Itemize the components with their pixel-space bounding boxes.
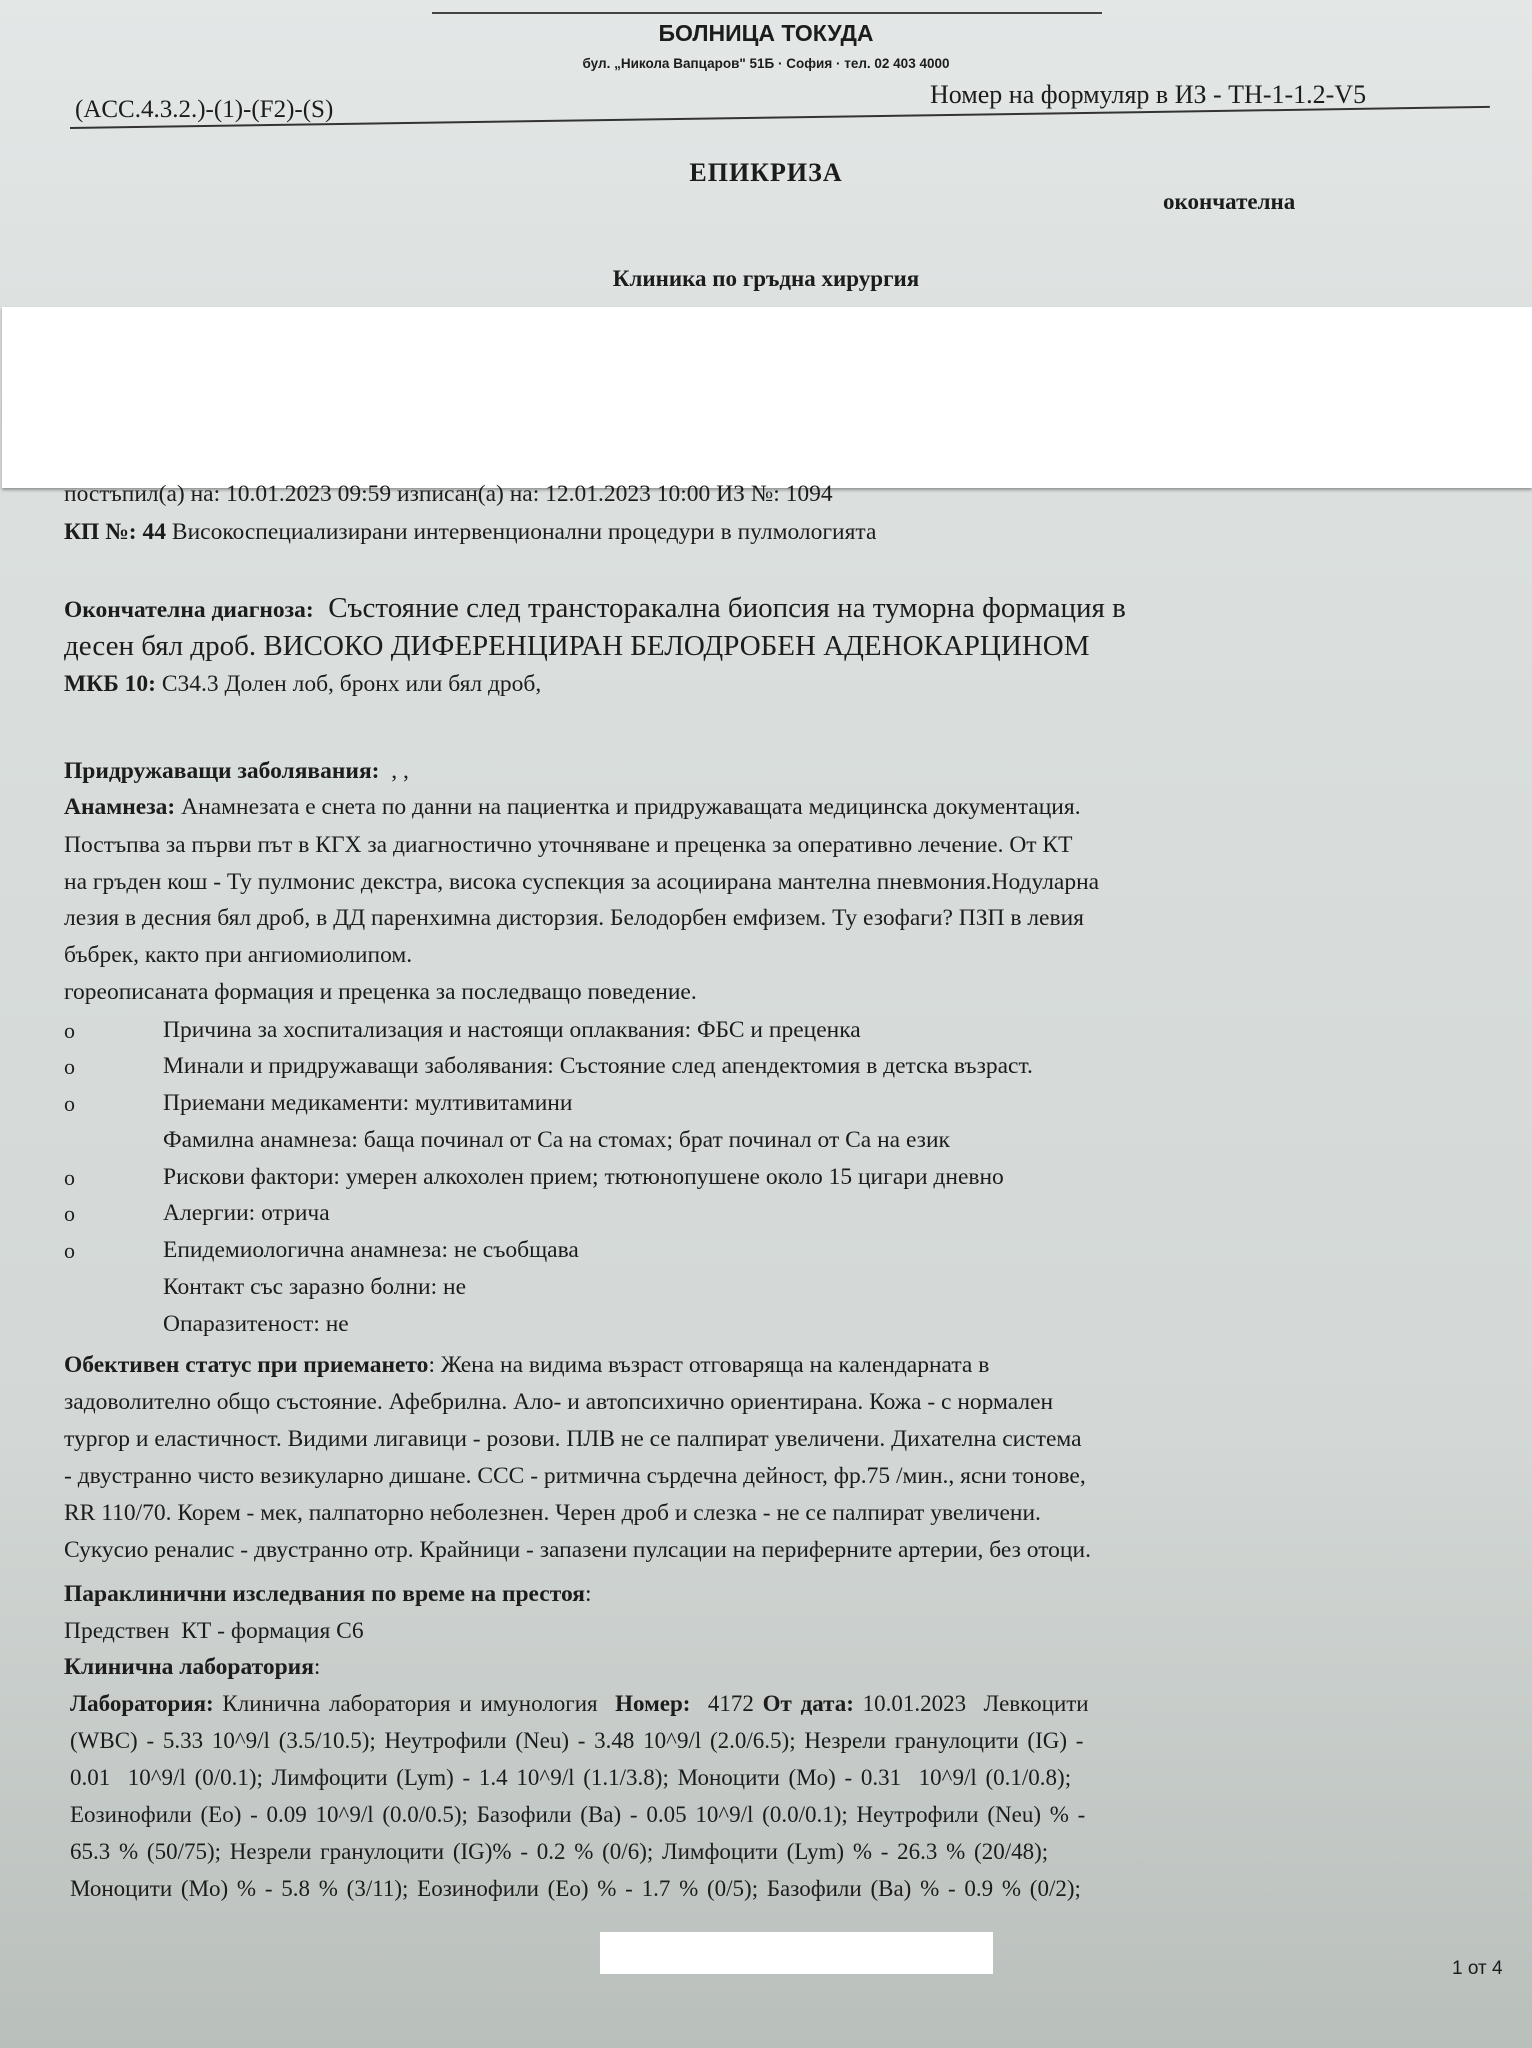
document-title: ЕПИКРИЗА [0,158,1532,188]
lab-name: Клинична лаборатория и имунология [214,1691,615,1716]
bullet-icon: o [64,1054,75,1080]
accreditation-code: (ACC.4.3.2.)-(1)-(F2)-(S) [75,96,333,124]
bullet-icon: o [64,1201,75,1227]
form-number: Номер на формуляр в ИЗ - ТН-1-1.2-V5 [930,80,1366,110]
redacted-footer [600,1932,993,1974]
anamnesis-line-3: на гръден кош - Ту пулмонис декстра, вис… [64,868,1099,896]
anamnesis-item: Алергии: отрича [163,1199,330,1227]
paraclinical-heading: Параклинични изследвания по време на пре… [64,1580,592,1608]
diagnosis-label: Окончателна диагноза: [64,597,314,623]
anamnesis-line-6: гореописаната формация и преценка за пос… [64,978,697,1006]
lab-result-line: (WBC) - 5.33 10^9/l (3.5/10.5); Неутрофи… [70,1727,1083,1755]
objective-status-line-1: Обективен статус при приемането: Жена на… [64,1351,989,1379]
header-top-rule [432,12,1102,14]
anamnesis-item: Фамилна анамнеза: баща починал от Са на … [163,1126,950,1154]
bullet-icon: o [64,1091,75,1117]
bullet-icon: o [64,1018,75,1044]
bullet-icon: o [64,1238,75,1264]
anamnesis-text: Анамнезата е снета по данни на пациентка… [175,794,1080,820]
paraclinical-text: Предствен КТ - формация С6 [64,1617,364,1645]
mkb-line: МКБ 10: C34.3 Долен лоб, бронх или бял д… [64,670,541,698]
lab-number-label: Номер: [615,1691,690,1716]
paraclinical-label: Параклинични изследвания по време на пре… [64,1581,585,1607]
diagnosis-line-1: Окончателна диагноза: Състояние след тра… [64,594,1126,624]
diagnosis-text-1: Състояние след трансторакална биопсия на… [314,592,1126,624]
comorbidities-label: Придружаващи заболявания: [64,758,380,784]
objective-status-label: Обективен статус при приемането [64,1352,428,1378]
diagnosis-text-2: десен бял дроб. ВИСОКО ДИФЕРЕНЦИРАН БЕЛО… [64,630,1090,662]
comorbidities-line: Придружаващи заболявания: , , [64,757,409,785]
anamnesis-item: Приемани медикаменти: мултивитамини [163,1089,572,1117]
redacted-patient-info [2,307,1532,488]
anamnesis-line-1: Анамнеза: Анамнезата е снета по данни на… [64,793,1081,821]
mkb-label: МКБ 10: [64,671,156,697]
kp-label: КП №: 44 [64,519,166,545]
objective-status-line: задоволително общо състояние. Афебрилна.… [64,1388,1053,1416]
diagnosis-line-2: десен бял дроб. ВИСОКО ДИФЕРЕНЦИРАН БЕЛО… [64,632,1090,660]
clinical-pathway: КП №: 44 Високоспециализирани интервенци… [64,518,876,546]
lab-date-label: От дата: [763,1691,854,1716]
admission-dates: постъпил(а) на: 10.01.2023 09:59 изписан… [64,481,833,507]
bullet-icon: o [64,1165,75,1191]
lab-result-line: 65.3 % (50/75); Незрели гранулоцити (IG)… [70,1838,1048,1866]
objective-status-line: тургор и еластичност. Видими лигавици - … [64,1425,1082,1453]
objective-status-line: RR 110/70. Корем - мек, палпаторно небол… [64,1499,1041,1527]
anamnesis-line-5: бъбрек, както при ангиомиолипом. [64,941,412,969]
paraclinical-colon: : [585,1581,592,1607]
kp-text: Високоспециализирани интервенционални пр… [166,519,876,545]
lab-header-line: Лаборатория: Клинична лаборатория и имун… [70,1690,1089,1718]
objective-status-text: : Жена на видима възраст отговаряща на к… [428,1352,989,1378]
page-indicator: 1 от 4 [1452,1958,1503,1980]
anamnesis-item: Рискови фактори: умерен алкохолен прием;… [163,1163,1004,1191]
anamnesis-item: Причина за хоспитализация и настоящи опл… [163,1016,861,1044]
mkb-text: C34.3 Долен лоб, бронх или бял дроб, [156,671,541,697]
hospital-name: БОЛНИЦА ТОКУДА [0,20,1532,47]
admission-line: постъпил(а) на: 10.01.2023 09:59 изписан… [64,480,833,508]
clinical-lab-colon: : [314,1654,321,1680]
anamnesis-item: Епидемиологична анамнеза: не съобщава [163,1236,579,1264]
document-status: окончателна [1163,189,1295,215]
lab-number: 4172 [690,1691,762,1716]
clinical-lab-label: Клинична лаборатория [64,1654,314,1680]
lab-label: Лаборатория: [70,1691,214,1716]
anamnesis-item: Контакт със заразно болни: не [163,1273,466,1301]
clinic-name: Клиника по гръдна хирургия [0,266,1532,292]
clinical-lab-heading: Клинична лаборатория: [64,1653,320,1681]
hospital-address: бул. „Никола Вапцаров" 51Б · София · тел… [0,56,1532,71]
anamnesis-line-4: лезия в десния бял дроб, в ДД паренхимна… [64,904,1084,932]
anamnesis-line-2: Постъпва за първи път в КГХ за диагности… [64,831,1072,859]
comorbidities-text: , , [380,758,409,784]
lab-result-line: 0.01 10^9/l (0/0.1); Лимфоцити (Lym) - 1… [70,1764,1071,1792]
anamnesis-label: Анамнеза: [64,794,175,820]
anamnesis-item: Минали и придружаващи заболявания: Състо… [163,1052,1033,1080]
lab-result-line: Еозинофили (Eo) - 0.09 10^9/l (0.0/0.5);… [70,1801,1085,1829]
lab-date: 10.01.2023 Левкоцити [854,1691,1089,1716]
objective-status-line: - двустранно чисто везикуларно дишане. С… [64,1462,1086,1490]
objective-status-line: Сукусио реналис - двустранно отр. Крайни… [64,1536,1091,1564]
lab-result-line: Моноцити (Mo) % - 5.8 % (3/11); Еозинофи… [70,1875,1081,1903]
anamnesis-item: Опаразитеност: не [163,1310,349,1338]
